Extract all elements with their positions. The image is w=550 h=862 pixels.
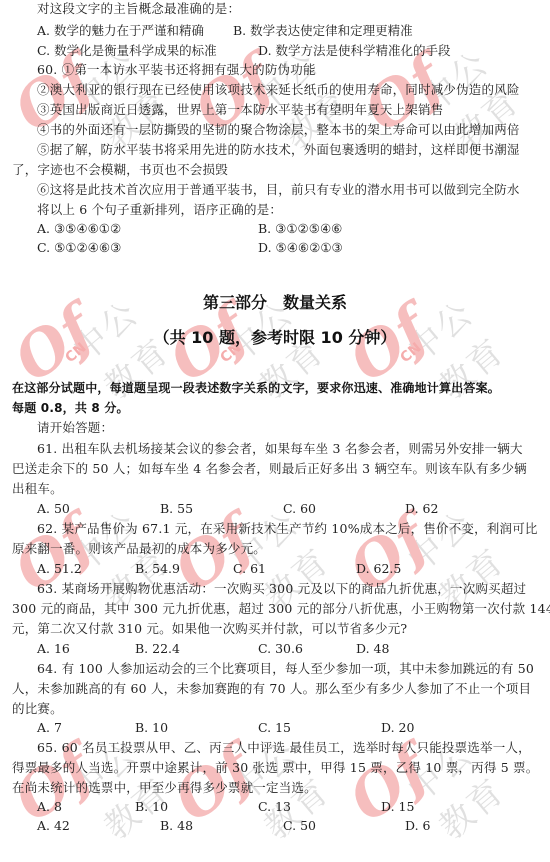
q63-option-c: C. 30.6	[258, 641, 303, 657]
q63-option-d: D. 48	[356, 641, 389, 657]
q64-line: 64. 有 100 人参加运动会的三个比赛项目，每人至少参加一项，其中未参加跳远…	[37, 661, 534, 677]
section-instructions: 在这部分试题中，每道题呈现一段表述数字关系的文字，要求你迅速、准确地计算出答案。	[12, 380, 500, 396]
q63-line: 300 元的商品，其中 300 元九折优惠，超过 300 元的部分八折优惠，小王…	[12, 601, 550, 617]
extra-option-d: D. 6	[405, 818, 430, 834]
q60-line: ⑥这将是此技术首次应用于普通平装书，目，前只有专业的潜水用书可以做到完全防水	[37, 182, 520, 198]
q65-line: 在尚未统计的选票中，甲至少再得多少票就一定当选。	[12, 780, 317, 796]
q60-line: 将以上 6 个句子重新排列，语序正确的是：	[37, 202, 282, 218]
watermark-logo: 中公教育 Of	[355, 710, 515, 850]
q65-option-d: D. 15	[381, 799, 414, 815]
q60-line: 60. ①第一本访水平装书还将拥有强大的防伪功能	[37, 62, 316, 78]
q63-option-b: B. 22.4	[135, 641, 180, 657]
q59-prompt: 对这段文字的主旨概念最准确的是：	[37, 1, 240, 17]
q64-line: 的比赛。	[12, 701, 63, 717]
q65-line: 65. 60 名员工投票从甲、乙、丙三人中评选 最佳员工，选举时每人只能投票选举…	[37, 740, 531, 756]
q65-line: 得票最多的人当选。开票中途累计，前 30 张选 票中，甲得 15 票，乙得 10…	[12, 760, 538, 776]
q62-option-b: B. 54.9	[135, 561, 180, 577]
q63-line: 63. 某商场开展购物优惠活动：一次购买 300 元及以下的商品九折优惠，一次购…	[37, 581, 526, 597]
q61-line: 巴送走余下的 50 人；如每车坐 4 名参会者，则最后正好多出 3 辆空车。则该…	[12, 461, 527, 477]
q64-option-c: C. 15	[258, 720, 291, 736]
q59-option-c: C. 数学化是衡量科学成果的标准	[37, 43, 217, 59]
q60-option-b: B. ③①②⑤④⑥	[258, 221, 342, 237]
q60-line: ⑤据了解，防水平装书将采用先进的防水技术，外面包裹透明的蜡封，这样即便书潮湿	[37, 142, 520, 158]
q64-option-d: D. 20	[381, 720, 414, 736]
section-subtitle: （共 10 题，参考时限 10 分钟）	[0, 325, 550, 348]
q60-line: ④书的外面还有一层防撕毁的坚韧的聚合物涂层，整本书的架上寿命可以由此增加两倍	[37, 122, 520, 138]
q62-line: 62. 某产品售价为 67.1 元，在采用新技术生产节约 10%成本之后，售价不…	[37, 521, 538, 537]
extra-option-a: A. 42	[37, 818, 70, 834]
q60-option-c: C. ⑤①②④⑥③	[37, 240, 121, 256]
section-title: 第三部分 数量关系	[0, 290, 550, 313]
extra-option-b: B. 48	[160, 818, 193, 834]
q64-option-a: A. 7	[37, 720, 62, 736]
q65-option-c: C. 13	[258, 799, 291, 815]
q60-option-d: D. ⑤④⑥②①③	[258, 240, 343, 256]
q63-line: 元，第二次又付款 310 元。如果他一次购买并付款，可以节省多少元?	[12, 621, 407, 637]
q60-line: ③英国出版商近日透露，世界上第一本防水平装书有望明年夏天上架销售	[37, 102, 443, 118]
q61-option-d: D. 62	[405, 501, 438, 517]
q59-option-b: B. 数学表达使定律和定理更精准	[233, 23, 413, 39]
q63-option-a: A. 16	[37, 641, 70, 657]
q60-line: ②澳大利亚的银行现在已经使用该项技术来延长纸币的使用寿命，同时减少伪造的风险	[37, 82, 520, 98]
q65-option-b: B. 10	[135, 799, 168, 815]
section-instructions: 每题 0.8，共 8 分。	[12, 400, 129, 416]
q65-option-a: A. 8	[37, 799, 62, 815]
q61-option-a: A. 50	[37, 501, 70, 517]
q64-line: 人，未参加跳高的有 60 人，未参加赛跑的有 70 人。那么至少有多少人参加了不…	[12, 681, 531, 697]
q59-option-d: D. 数学方法是使科学精准化的手段	[258, 43, 451, 59]
q61-option-b: B. 55	[160, 501, 193, 517]
q60-line: 了，字迹也不会模糊，书页也不会损毁	[12, 162, 228, 178]
q60-option-a: A. ③⑤④⑥①②	[37, 221, 121, 237]
q62-line: 原来翻一番。则该产品最初的成本为多少元。	[12, 541, 266, 557]
q61-line: 出租车。	[12, 481, 63, 497]
extra-option-c: C. 50	[283, 818, 316, 834]
q64-option-b: B. 10	[135, 720, 168, 736]
start-prompt: 请开始答题：	[37, 420, 113, 436]
q62-option-a: A. 51.2	[37, 561, 82, 577]
q61-line: 61. 出租车队去机场接某会议的参会者，如果每车坐 3 名参会者，则需另外安排一…	[37, 441, 523, 457]
q61-option-c: C. 60	[283, 501, 316, 517]
q62-option-d: D. 62.5	[356, 561, 401, 577]
q62-option-c: C. 61	[233, 561, 266, 577]
q59-option-a: A. 数学的魅力在于严谨和精确	[37, 23, 204, 39]
